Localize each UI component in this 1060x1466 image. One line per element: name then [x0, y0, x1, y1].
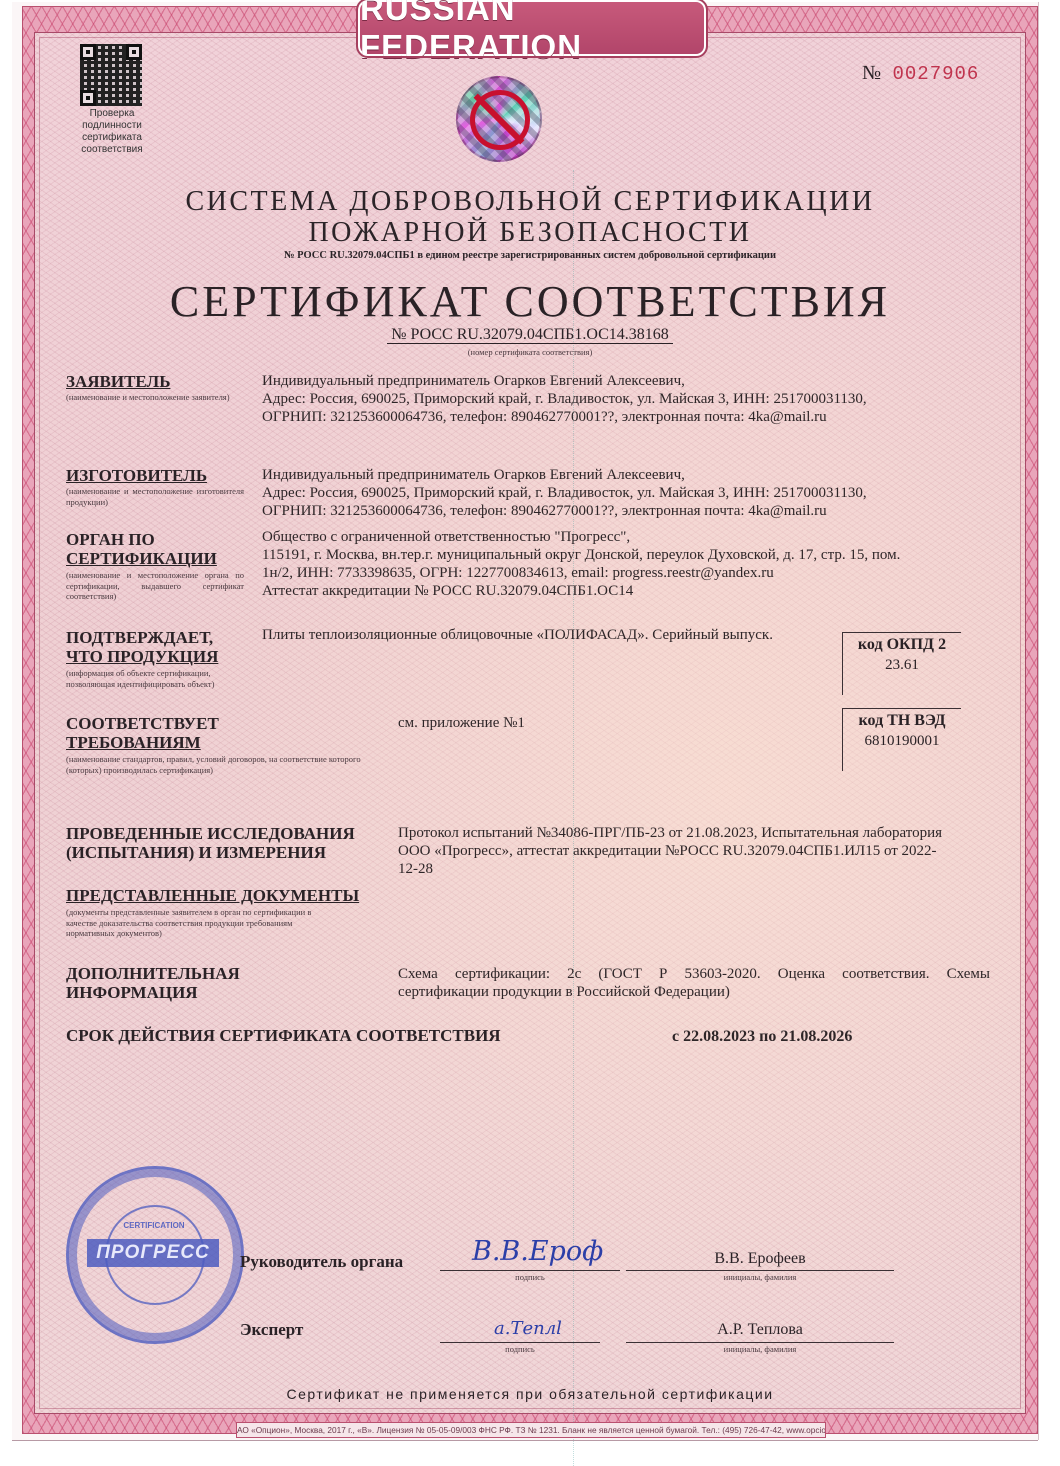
- expert-signature-line: [440, 1342, 600, 1343]
- cert-body-line: 115191, г. Москва, вн.тер.г. муниципальн…: [262, 546, 982, 564]
- stamp-center-text: ПРОГРЕСС: [87, 1239, 219, 1267]
- qr-code-icon[interactable]: [80, 44, 142, 106]
- documents-label: ПРЕДСТАВЛЕННЫЕ ДОКУМЕНТЫ: [66, 886, 359, 905]
- system-registry: № РОСС RU.32079.04СПБ1 в едином реестре …: [100, 250, 960, 261]
- cert-body-line: 1н/2, ИНН: 7733398635, ОГРН: 12277008346…: [262, 564, 982, 582]
- head-name-caption: инициалы, фамилия: [626, 1272, 894, 1282]
- product-hint: (информация об объекте сертификации, поз…: [66, 668, 216, 689]
- tests-value: Протокол испытаний №34086-ПРГ/ПБ-23 от 2…: [398, 824, 998, 878]
- expert-label: Эксперт: [240, 1320, 303, 1340]
- additional-line: Схема сертификации: 2с (ГОСТ Р 53603-202…: [398, 965, 990, 983]
- applicant-hint: (наименование и местоположение заявителя…: [66, 392, 244, 403]
- cert-body-label: ОРГАН ПО СЕРТИФИКАЦИИ: [66, 530, 217, 568]
- qr-finder: [80, 44, 96, 60]
- applicant-line: Адрес: Россия, 690025, Приморский край, …: [262, 390, 962, 408]
- head-signature: В.В.Ероф: [472, 1236, 603, 1267]
- tnved-code-value: 6810190001: [843, 731, 961, 751]
- expert-signature: a.Теплl: [494, 1318, 562, 1339]
- cert-body-line: Аттестат аккредитации № РОСС RU.32079.04…: [262, 582, 982, 600]
- system-title-line2: ПОЖАРНОЙ БЕЗОПАСНОСТИ: [100, 217, 960, 248]
- manufacturer-line: Индивидуальный предприниматель Огарков Е…: [262, 466, 962, 484]
- head-signature-caption: подпись: [440, 1272, 620, 1282]
- requirements-label-line1: СООТВЕТСТВУЕТ: [66, 714, 219, 733]
- system-title-line1: СИСТЕМА ДОБРОВОЛЬНОЙ СЕРТИФИКАЦИИ: [100, 186, 960, 217]
- expert-name: А.Р. Теплова: [626, 1321, 894, 1339]
- product-label-line1: ПОДТВЕРЖДАЕТ,: [66, 628, 218, 647]
- requirements-hint: (наименование стандартов, правил, услови…: [66, 754, 396, 775]
- certificate-number-value: № РОСС RU.32079.04СПБ1.ОС14.38168: [387, 326, 673, 344]
- system-title: СИСТЕМА ДОБРОВОЛЬНОЙ СЕРТИФИКАЦИИ ПОЖАРН…: [100, 186, 960, 248]
- product-label-line2: ЧТО ПРОДУКЦИЯ: [66, 647, 218, 666]
- manufacturer-label: ИЗГОТОВИТЕЛЬ: [66, 466, 207, 485]
- cert-body-label-line2: СЕРТИФИКАЦИИ: [66, 549, 217, 568]
- tests-label-line2: (ИСПЫТАНИЯ) И ИЗМЕРЕНИЯ: [66, 843, 355, 862]
- head-name: В.В. Ерофеев: [626, 1250, 894, 1268]
- qr-caption: Проверка подлинности сертификата соответ…: [60, 108, 164, 156]
- cert-body-hint: (наименование и местоположение органа по…: [66, 570, 244, 602]
- requirements-label-line2: ТРЕБОВАНИЯМ: [66, 733, 201, 752]
- documents-hint: (документы представленные заявителем в о…: [66, 907, 326, 939]
- qr-caption-line: соответствия: [60, 144, 164, 156]
- certificate-number: № РОСС RU.32079.04СПБ1.ОС14.38168: [60, 326, 1000, 344]
- country-banner: RUSSIAN FEDERATION: [358, 0, 706, 56]
- qr-finder: [126, 44, 142, 60]
- applicant-line: ОГРНИП: 321253600064736, телефон: 890462…: [262, 408, 962, 426]
- okpd-code-box: код ОКПД 2 23.61: [842, 632, 961, 695]
- expert-signature-caption: подпись: [440, 1344, 600, 1354]
- tests-label-line1: ПРОВЕДЕННЫЕ ИССЛЕДОВАНИЯ: [66, 824, 355, 843]
- qr-caption-line: Проверка: [60, 108, 164, 120]
- qr-caption-line: сертификата: [60, 132, 164, 144]
- serial-value: 0027906: [893, 63, 980, 85]
- additional-line: сертификации продукции в Российской Феде…: [398, 983, 990, 1001]
- stamp-top-text: CERTIFICATION: [119, 1221, 189, 1230]
- tests-line: Протокол испытаний №34086-ПРГ/ПБ-23 от 2…: [398, 824, 998, 842]
- not-mandatory-notice: Сертификат не применяется при обязательн…: [60, 1386, 1000, 1402]
- expert-name-caption: инициалы, фамилия: [626, 1344, 894, 1354]
- cert-body-line: Общество с ограниченной ответственностью…: [262, 528, 982, 546]
- cert-body-value: Общество с ограниченной ответственностью…: [262, 528, 982, 600]
- head-name-line: [626, 1270, 894, 1271]
- head-signature-line: [440, 1270, 620, 1271]
- head-label: Руководитель органа: [240, 1252, 403, 1272]
- manufacturer-label-text: ИЗГОТОВИТЕЛЬ: [66, 466, 207, 485]
- manufacturer-line: Адрес: Россия, 690025, Приморский край, …: [262, 484, 962, 502]
- additional-label-line1: ДОПОЛНИТЕЛЬНАЯ: [66, 964, 240, 983]
- tests-line: 12-28: [398, 860, 998, 878]
- tnved-code-label: код ТН ВЭД: [843, 711, 961, 731]
- applicant-label: ЗАЯВИТЕЛЬ: [66, 372, 170, 391]
- serial-prefix: №: [862, 62, 881, 84]
- validity-value: с 22.08.2023 по 21.08.2026: [672, 1028, 852, 1046]
- certificate-title: СЕРТИФИКАТ СООТВЕТСТВИЯ: [60, 276, 1000, 327]
- okpd-code-label: код ОКПД 2: [843, 635, 961, 655]
- additional-label-line2: ИНФОРМАЦИЯ: [66, 983, 240, 1002]
- okpd-code-value: 23.61: [843, 655, 961, 675]
- qr-finder: [80, 90, 96, 106]
- applicant-label-text: ЗАЯВИТЕЛЬ: [66, 372, 170, 391]
- qr-caption-line: подлинности: [60, 120, 164, 132]
- additional-label: ДОПОЛНИТЕЛЬНАЯ ИНФОРМАЦИЯ: [66, 964, 240, 1002]
- requirements-value: см. приложение №1: [398, 714, 698, 732]
- no-fire-hologram-icon: [456, 76, 542, 162]
- product-label: ПОДТВЕРЖДАЕТ, ЧТО ПРОДУКЦИЯ: [66, 628, 218, 666]
- tests-label: ПРОВЕДЕННЫЕ ИССЛЕДОВАНИЯ (ИСПЫТАНИЯ) И И…: [66, 824, 355, 862]
- tests-line: ООО «Прогресс», аттестат аккредитации №Р…: [398, 842, 998, 860]
- product-value: Плиты теплоизоляционные облицовочные «ПО…: [262, 626, 842, 644]
- cert-body-label-line1: ОРГАН ПО: [66, 530, 217, 549]
- manufacturer-line: ОГРНИП: 321253600064736, телефон: 890462…: [262, 502, 962, 520]
- serial-number: № 0027906: [862, 62, 979, 85]
- manufacturer-hint: (наименование и местоположение изготовит…: [66, 486, 244, 507]
- tnved-code-box: код ТН ВЭД 6810190001: [842, 708, 961, 771]
- validity-label: СРОК ДЕЙСТВИЯ СЕРТИФИКАТА СООТВЕТСТВИЯ: [66, 1026, 501, 1045]
- documents-label-text: ПРЕДСТАВЛЕННЫЕ ДОКУМЕНТЫ: [66, 886, 359, 905]
- manufacturer-value: Индивидуальный предприниматель Огарков Е…: [262, 466, 962, 520]
- applicant-value: Индивидуальный предприниматель Огарков Е…: [262, 372, 962, 426]
- applicant-line: Индивидуальный предприниматель Огарков Е…: [262, 372, 962, 390]
- expert-name-line: [626, 1342, 894, 1343]
- progress-seal-stamp: CERTIFICATION ПРОГРЕСС: [66, 1166, 244, 1344]
- additional-value: Схема сертификации: 2с (ГОСТ Р 53603-202…: [398, 965, 990, 1001]
- certificate-number-caption: (номер сертификата соответствия): [60, 347, 1000, 357]
- printer-imprint: АО «Опцион», Москва, 2017 г., «В». Лицен…: [236, 1422, 826, 1438]
- requirements-label: СООТВЕТСТВУЕТ ТРЕБОВАНИЯМ: [66, 714, 219, 752]
